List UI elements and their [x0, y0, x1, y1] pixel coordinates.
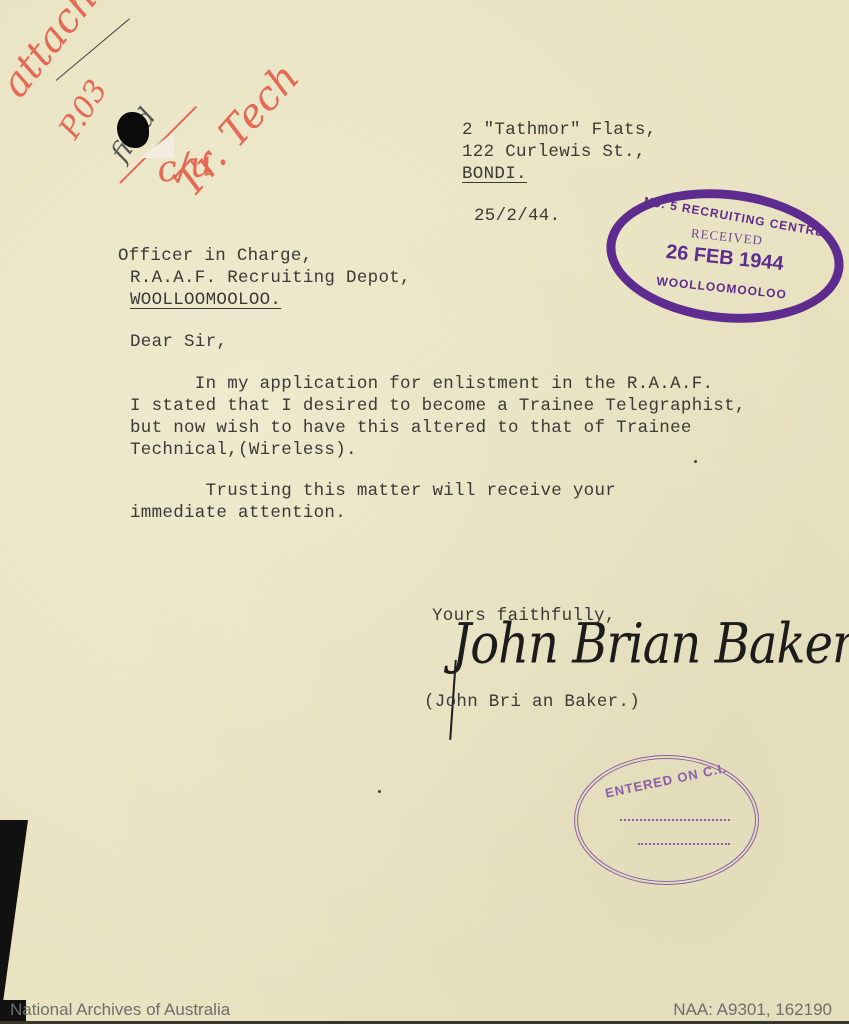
body-p1-line3: but now wish to have this altered to tha…	[130, 418, 692, 440]
recipient-line2: R.A.A.F. Recruiting Depot,	[130, 268, 411, 290]
typed-signature: (John Bri an Baker.)	[424, 692, 640, 714]
entered-stamp-line2	[638, 843, 730, 845]
body-p2-line1: Trusting this matter will receive your	[130, 481, 616, 503]
footer-archive-name: National Archives of Australia	[10, 1000, 230, 1020]
body-p2-line2: immediate attention.	[130, 503, 346, 525]
sender-address-line3: BONDI.	[462, 164, 527, 186]
recipient-line3: WOOLLOOMOOLOO.	[130, 290, 281, 312]
sender-address-line1: 2 "Tathmor" Flats,	[462, 120, 656, 142]
letter-page: attach P.03 filed c/u Tr. Tech 2 "Tathmo…	[0, 0, 849, 1024]
paper-speck	[378, 790, 381, 793]
torn-flap	[140, 132, 174, 158]
handwritten-signature: John Brian Baker.	[452, 612, 849, 676]
letter-date: 25/2/44.	[474, 206, 560, 228]
footer-reference: NAA: A9301, 162190	[673, 1000, 832, 1020]
entered-stamp-line1	[620, 819, 730, 821]
salutation: Dear Sir,	[130, 332, 227, 354]
annotation-tr-tech: Tr. Tech	[166, 55, 309, 206]
torn-page-edge	[0, 820, 28, 1024]
entered-stamp-text: ENTERED ON C.I.	[604, 760, 728, 800]
recipient-line1: Officer in Charge,	[118, 246, 312, 268]
body-p1-line1: In my application for enlistment in the …	[130, 374, 713, 396]
body-p1-line2: I stated that I desired to become a Trai…	[130, 396, 746, 418]
sender-address-line2: 122 Curlewis St.,	[462, 142, 646, 164]
entered-stamp: ENTERED ON C.I.	[574, 755, 759, 885]
body-p1-line4: Technical,(Wireless).	[130, 440, 357, 462]
received-stamp: No. 5 RECRUITING CENTRE RECEIVED 26 FEB …	[600, 178, 849, 334]
paper-speck	[694, 460, 697, 463]
annotation-p03: P.03	[52, 74, 114, 145]
